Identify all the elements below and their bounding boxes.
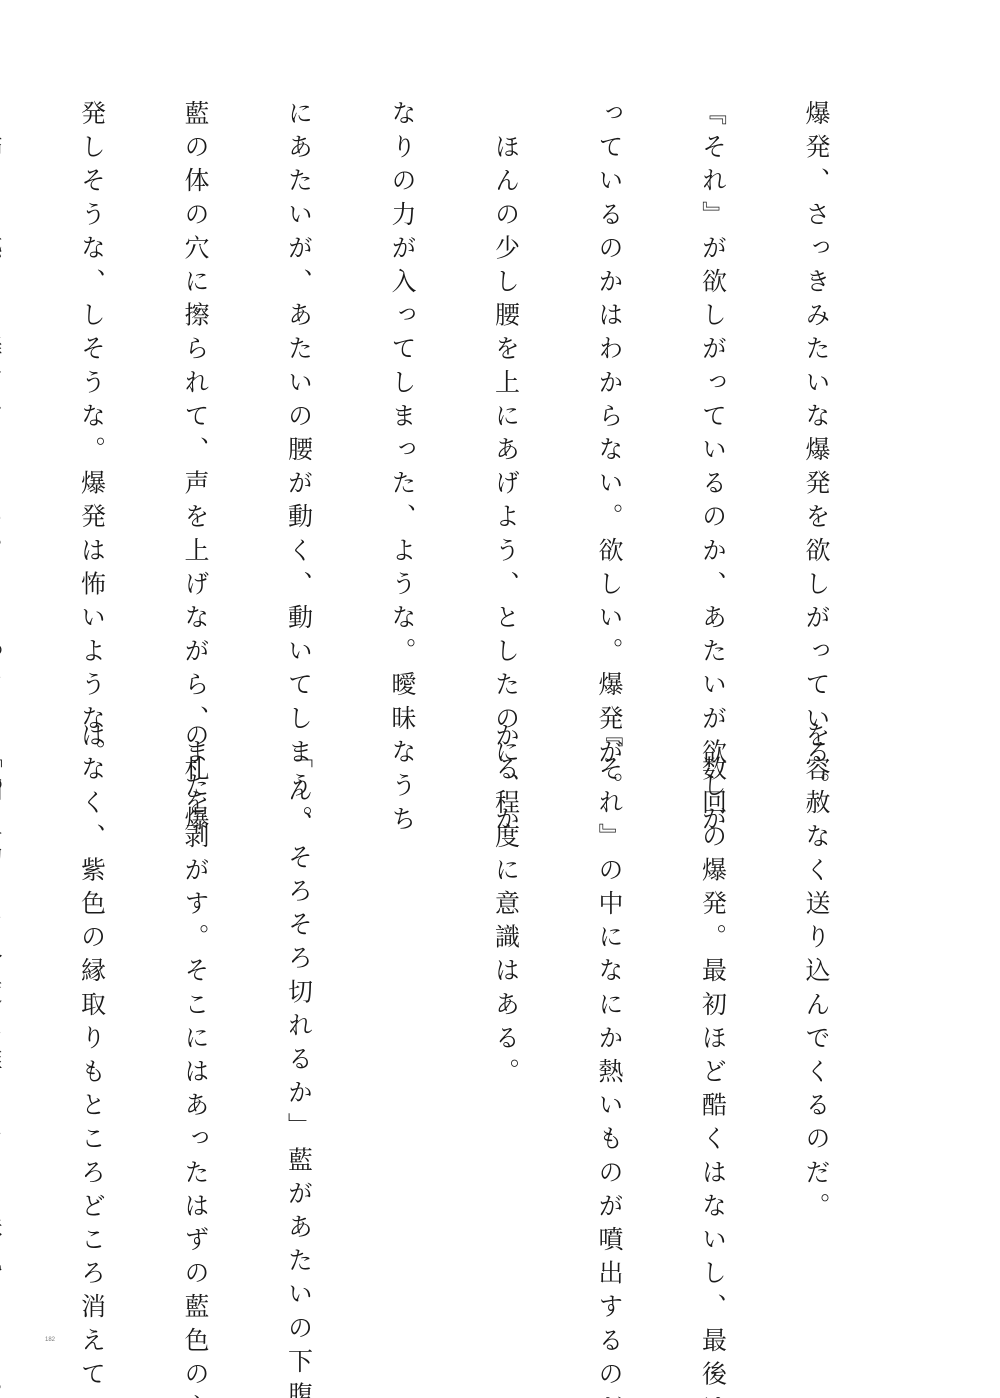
text-column: はなく、紫色の縁取りもところどころ消えている。 <box>74 722 109 1322</box>
text-column: を容赦なく送り込んでくるのだ。 <box>799 722 834 1322</box>
text-column: 「個人的に、今度は雌のほうを味見したい。個 <box>0 722 5 1322</box>
text-column: 藍の体の穴に擦られて、声を上げながら、また爆 <box>178 100 213 700</box>
text-column: 『それ』が欲しがっているのか、あたいが欲しが <box>695 100 730 700</box>
page-number: 182 <box>45 1337 55 1343</box>
text-column: にあたいが、あたいの腰が動く、動いてしまう。 <box>281 100 316 700</box>
lower-text-block: を容赦なく送り込んでくるのだ。 数回の爆発。最初ほど酷くはないし、最後は 『それ… <box>0 722 902 1322</box>
text-column: なりの力が入ってしまった、ような。曖昧なうち <box>385 100 420 700</box>
text-column: ほんの少し腰を上にあげよう、としたのに、か <box>488 100 523 700</box>
text-column: 爆発、さっきみたいな爆発を欲しがっている。 <box>799 100 834 700</box>
text-column: 数回の爆発。最初ほど酷くはないし、最後は <box>695 722 730 1322</box>
text-column: 『それ』の中になにか熱いものが噴出するのがわ <box>592 722 627 1322</box>
text-column: 「ん、そろそろ切れるか」藍があたいの下腹部 <box>281 722 316 1322</box>
text-column: 怖いと感じた瞬間だろうか。ぐちゅ、ぐちゅと <box>0 100 5 700</box>
text-column: の札を剥がす。そこにはあったはずの藍色の文字 <box>178 722 213 1322</box>
upper-text-block: 爆発、さっきみたいな爆発を欲しがっている。 『それ』が欲しがっているのか、あたい… <box>0 100 902 700</box>
text-column: 発しそうな、しそうな。爆発は怖いような。 <box>74 100 109 700</box>
manuscript-page: 爆発、さっきみたいな爆発を欲しがっている。 『それ』が欲しがっているのか、あたい… <box>0 0 1000 1398</box>
text-column: かる程度に意識はある。 <box>488 722 523 1322</box>
text-column: っているのかはわからない。欲しい。爆発が。 <box>592 100 627 700</box>
blank-column <box>385 722 420 1322</box>
